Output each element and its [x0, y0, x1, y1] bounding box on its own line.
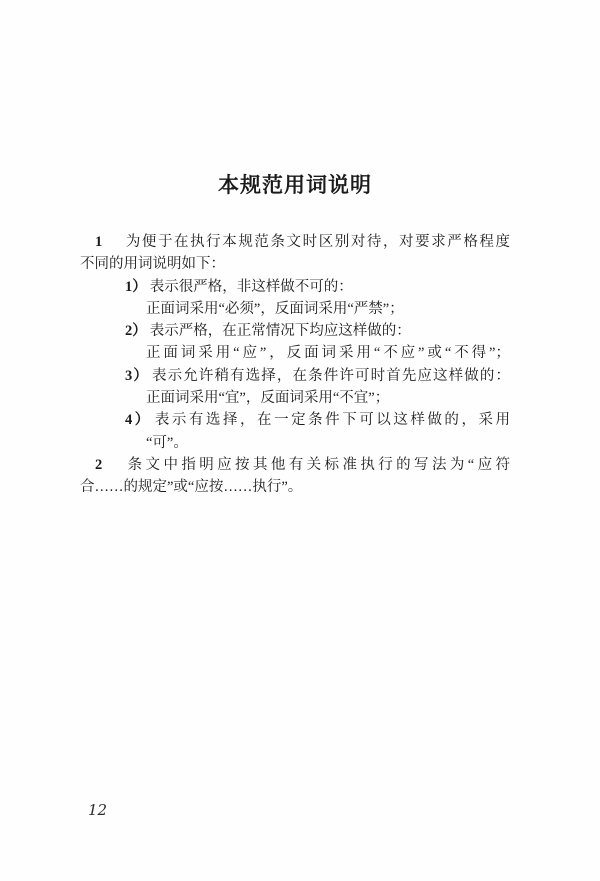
- clause-text: 为便于在执行本规范条文时区别对待，对要求严格程度: [124, 234, 510, 250]
- subitem-4-line-1: 4）表示有选择，在一定条件下可以这样做的，采用: [80, 409, 510, 431]
- clause-number: 2: [95, 457, 102, 473]
- subitem-text: 表示有选择，在一定条件下可以这样做的，采用: [155, 412, 510, 428]
- clause-text: 不同的用词说明如下：: [80, 256, 225, 272]
- clause-2-line-2: 合……的规定”或“应按……执行”。: [80, 476, 510, 498]
- subitem-text: 表示很严格，非这样做不可的：: [150, 279, 353, 295]
- subitem-1-line-1: 1）表示很严格，非这样做不可的：: [80, 276, 510, 298]
- page-number: 12: [88, 801, 107, 819]
- subitem-1-line-2: 正面词采用“必须”，反面词采用“严禁”；: [80, 298, 510, 320]
- subitem-text: “可”。: [146, 435, 188, 451]
- subitem-text: 正面词采用“应”，反面词采用“不应”或“不得”；: [146, 345, 510, 361]
- subitem-3-line-2: 正面词采用“宜”，反面词采用“不宜”；: [80, 387, 510, 409]
- subitem-text: 表示严格，在正常情况下均应这样做的：: [150, 323, 411, 339]
- clause-number: 1: [95, 234, 102, 250]
- subitem-text: 正面词采用“必须”，反面词采用“严禁”；: [146, 301, 404, 317]
- clause-text: 条文中指明应按其他有关标准执行的写法为“应符: [124, 457, 510, 473]
- subitem-number: 3）: [125, 368, 149, 384]
- subitem-4-line-2: “可”。: [80, 432, 510, 454]
- subitem-2-line-1: 2）表示严格，在正常情况下均应这样做的：: [80, 320, 510, 342]
- clause-text: 合……的规定”或“应按……执行”。: [80, 479, 302, 495]
- subitem-number: 2）: [125, 323, 147, 339]
- clause-2-line-1: 2条文中指明应按其他有关标准执行的写法为“应符: [80, 454, 510, 476]
- subitem-text: 表示允许稍有选择，在条件许可时首先应这样做的：: [152, 368, 510, 384]
- clause-1-line-1: 1为便于在执行本规范条文时区别对待，对要求严格程度: [80, 231, 510, 253]
- document-title: 本规范用词说明: [80, 169, 510, 199]
- document-body: 1为便于在执行本规范条文时区别对待，对要求严格程度 不同的用词说明如下： 1）表…: [80, 231, 510, 499]
- subitem-2-line-2: 正面词采用“应”，反面词采用“不应”或“不得”；: [80, 342, 510, 364]
- subitem-text: 正面词采用“宜”，反面词采用“不宜”；: [146, 390, 389, 406]
- clause-1-line-2: 不同的用词说明如下：: [80, 253, 510, 275]
- document-page: 本规范用词说明 1为便于在执行本规范条文时区别对待，对要求严格程度 不同的用词说…: [0, 0, 600, 881]
- subitem-3-line-1: 3）表示允许稍有选择，在条件许可时首先应这样做的：: [80, 365, 510, 387]
- subitem-number: 4）: [125, 412, 152, 428]
- subitem-number: 1）: [125, 279, 147, 295]
